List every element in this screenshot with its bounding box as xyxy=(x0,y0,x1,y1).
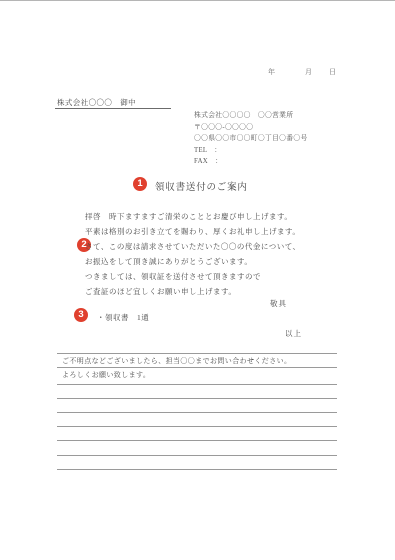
footer-rule xyxy=(57,398,337,399)
body-line: 拝啓 時下ますますご清栄のこととお慶び申し上げます。 xyxy=(85,209,301,224)
body-line: つきましては、領収証を送付させて頂きますので xyxy=(85,269,301,284)
date-month-label: 月 xyxy=(305,67,312,77)
body-line: ご査証のほど宜しくお願い申し上げます。 xyxy=(85,284,301,299)
body-line: お振込をして頂き誠にありがとうございます。 xyxy=(85,254,301,269)
document-title: 領収書送付のご案内 xyxy=(155,179,248,193)
footer-rule xyxy=(57,384,337,385)
footer-rule xyxy=(57,426,337,427)
footer-note-1: ご不明点などございましたら、担当〇〇までお問い合わせください。 xyxy=(62,356,291,366)
addressee-name: 株式会社〇〇〇 御中 xyxy=(57,97,136,108)
sender-company: 株式会社〇〇〇〇 〇〇営業所 xyxy=(194,110,308,122)
sender-postal-code: 〒〇〇〇-〇〇〇〇 xyxy=(194,122,308,134)
footer-rule xyxy=(57,469,337,470)
date-year-label: 年 xyxy=(268,67,275,77)
footer-note-2: よろしくお願い致します。 xyxy=(62,370,150,380)
footer-rule xyxy=(57,440,337,441)
sender-tel: TEL ： xyxy=(194,145,308,157)
body-line: 平素は格別のお引き立てを賜わり、厚くお礼申し上げます。 xyxy=(85,224,301,239)
footer-rule xyxy=(57,455,337,456)
end-marker-ijou: 以上 xyxy=(285,328,302,339)
date-day-label: 日 xyxy=(329,67,336,77)
receipt-cover-letter-page: 年 月 日 株式会社〇〇〇 御中 株式会社〇〇〇〇 〇〇営業所 〒〇〇〇-〇〇〇… xyxy=(0,0,395,560)
sender-address: 〇〇県〇〇市〇〇町〇丁目〇番〇号 xyxy=(194,133,308,145)
addressee-underline xyxy=(55,108,171,109)
sender-fax: FAX ： xyxy=(194,156,308,168)
enclosure-item: ・領収書 1通 xyxy=(97,312,149,323)
footer-rule xyxy=(57,353,337,354)
step-1-badge-icon: 1 xyxy=(133,177,147,191)
footer-rule xyxy=(57,412,337,413)
closing-keigu: 敬具 xyxy=(270,298,287,309)
body-line: さて、この度は請求させていただいた〇〇の代金について、 xyxy=(85,239,301,254)
letter-body: 拝啓 時下ますますご清栄のこととお慶び申し上げます。 平素は格別のお引き立てを賜… xyxy=(85,209,301,299)
step-3-badge-icon: 3 xyxy=(74,308,88,322)
footer-rule xyxy=(57,367,337,368)
sender-block: 株式会社〇〇〇〇 〇〇営業所 〒〇〇〇-〇〇〇〇 〇〇県〇〇市〇〇町〇丁目〇番〇… xyxy=(194,110,308,168)
